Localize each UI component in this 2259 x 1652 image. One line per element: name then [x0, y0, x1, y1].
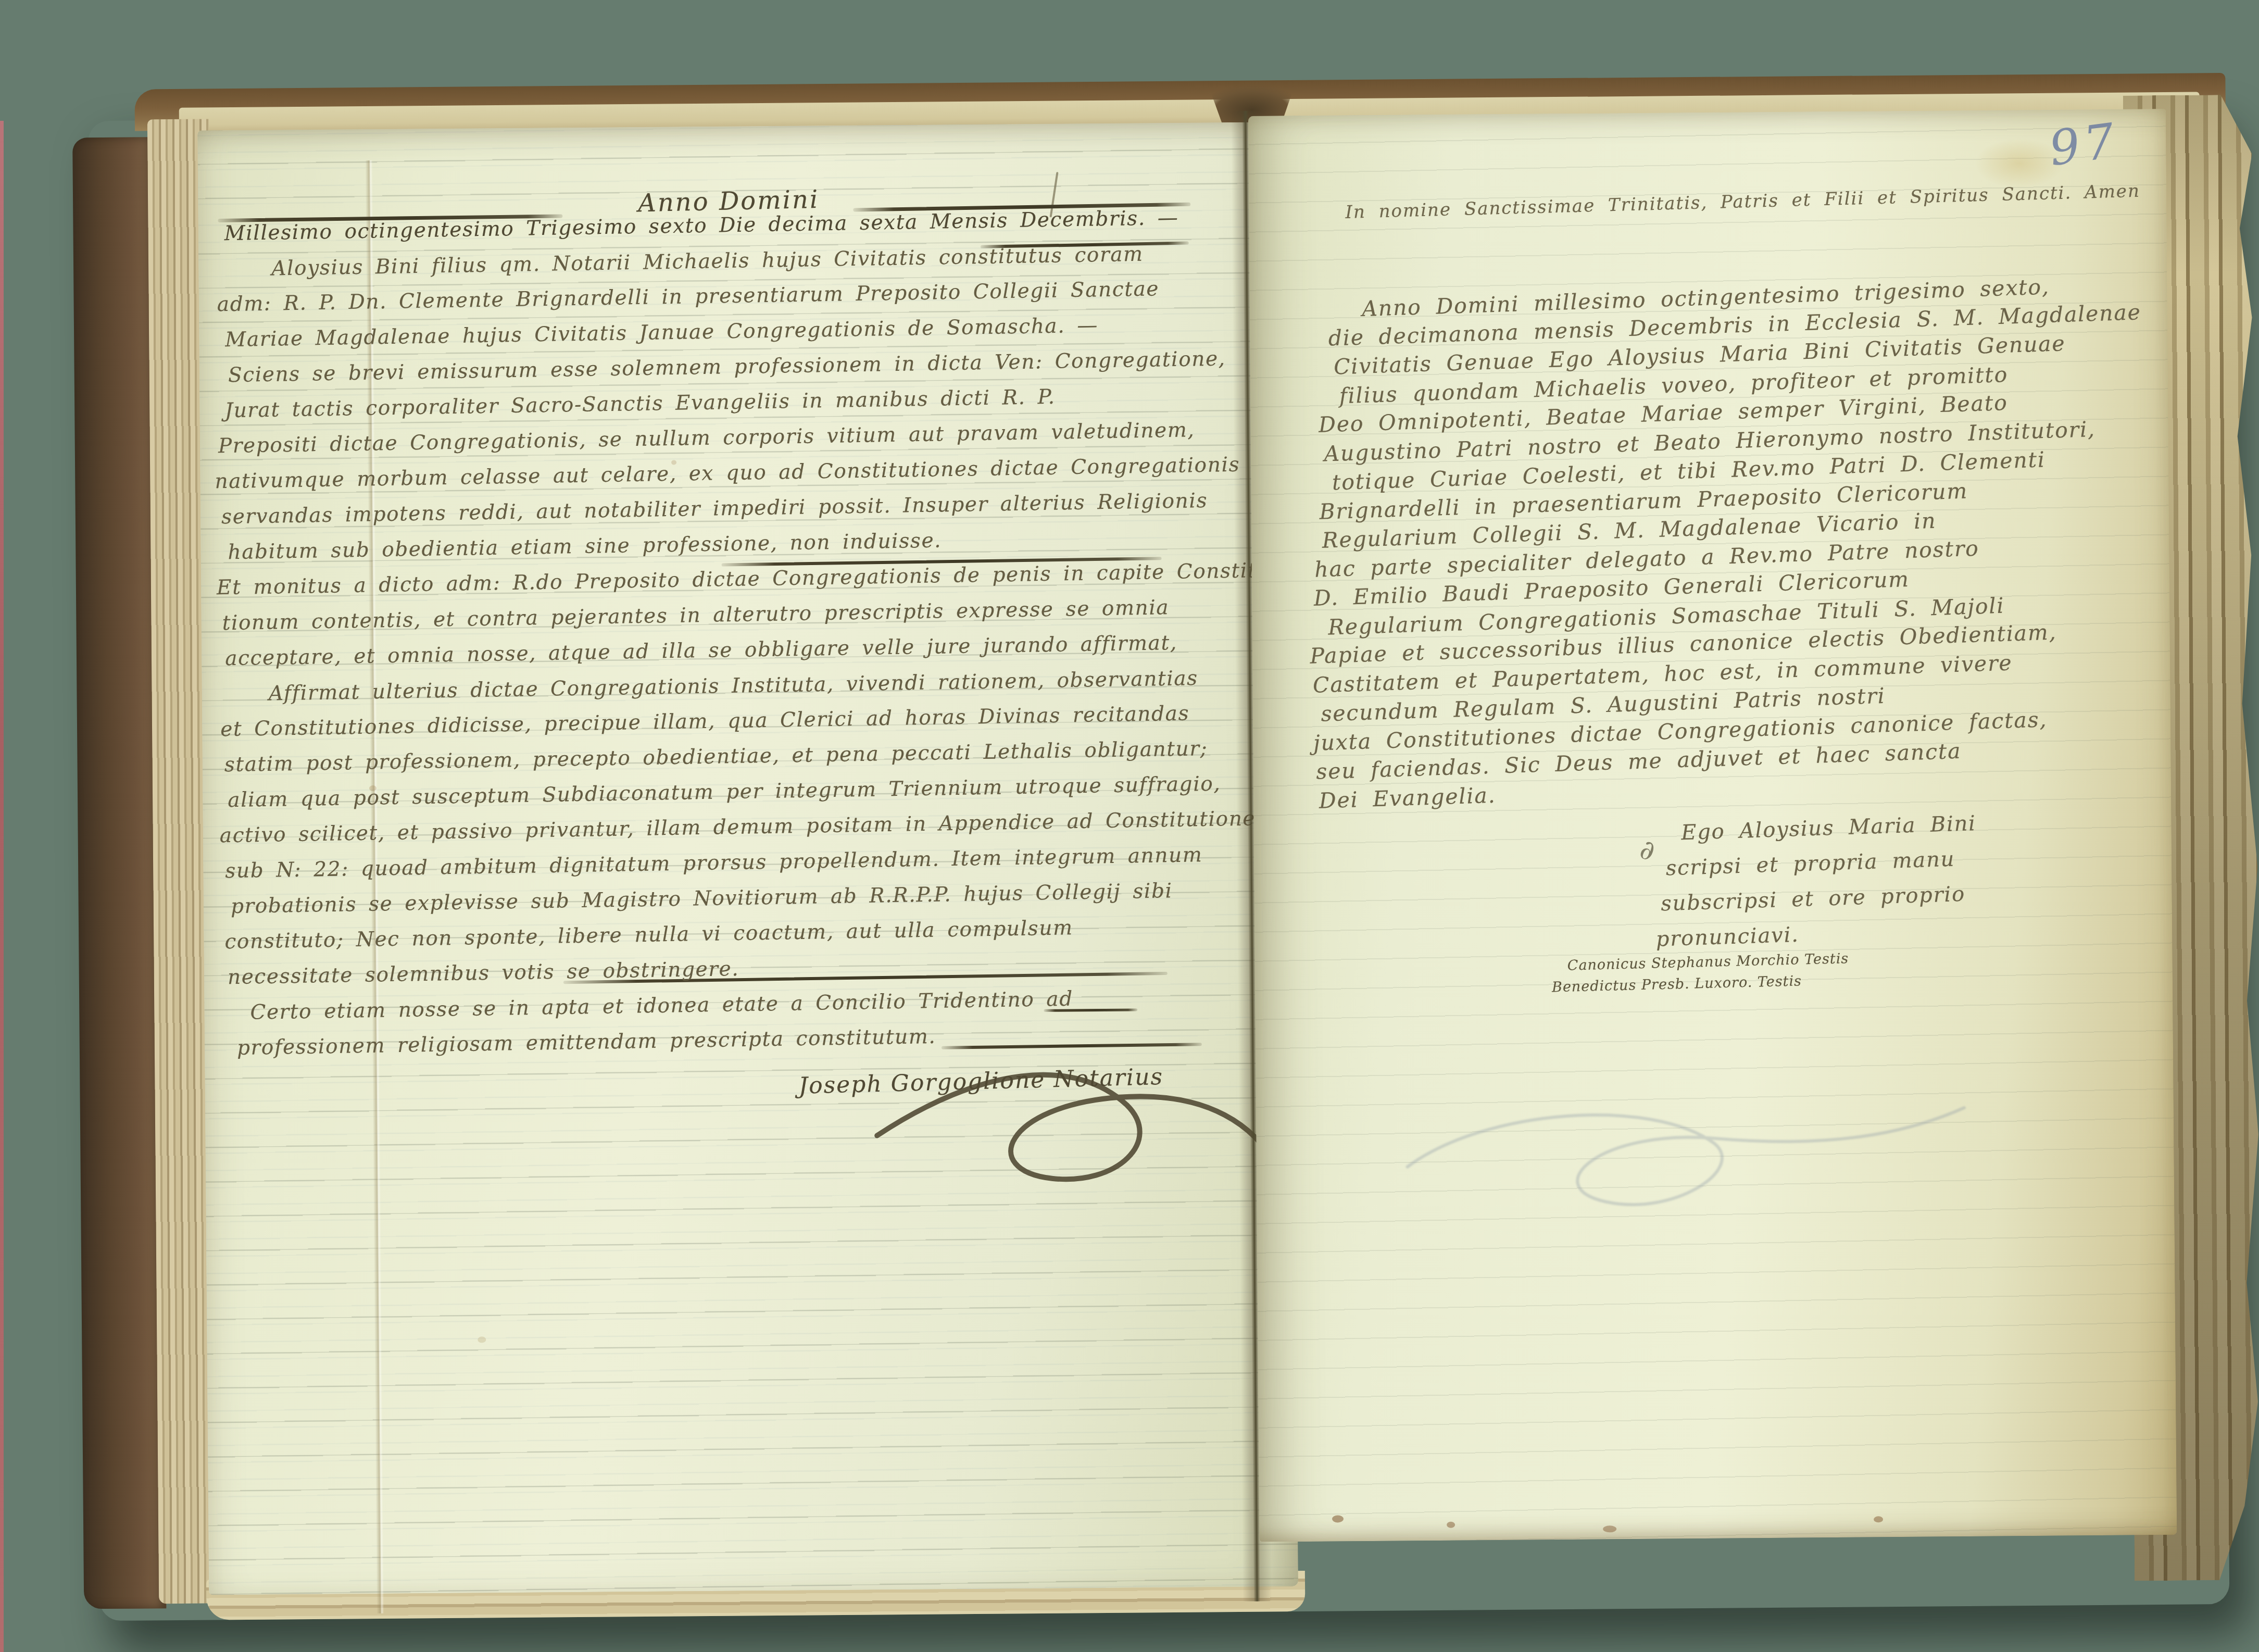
show-through-flourish	[1370, 1074, 1997, 1250]
right-page: 97 ∂ In nomine Sanctissimae Trinitatis, …	[1248, 109, 2177, 1542]
manuscript-line: et Constitutiones didicisse, precipue il…	[220, 702, 1190, 741]
professed-signature-line: pronunciavi.	[1655, 923, 1799, 952]
manuscript-line: Prepositi dictae Congregationis, se null…	[218, 418, 1195, 458]
notary-flourish	[845, 986, 1294, 1214]
manuscript-line: Aloysius Bini filius qm. Notarii Michael…	[271, 243, 1144, 281]
fox-stain	[671, 460, 676, 465]
manuscript-line: professionem religiosam emittendam presc…	[237, 1025, 936, 1060]
manuscript-line: Sciens se brevi emissurum esse solemnem …	[228, 347, 1226, 387]
manuscript-line: Mariae Magdalenae hujus Civitatis Januae…	[225, 314, 1098, 352]
witness-signature: Canonicus Stephanus Morchio Testis	[1567, 950, 1849, 974]
left-page: Anno Domini Millesimo octingentesimo Tri…	[197, 122, 1298, 1595]
manuscript-line: Jurat tactis corporaliter Sacro-Sanctis …	[224, 385, 1056, 422]
mat-red-edge	[0, 121, 4, 1652]
manuscript-book: Anno Domini Millesimo octingentesimo Tri…	[72, 73, 2259, 1634]
edge-stain	[1603, 1525, 1616, 1532]
manuscript-line: necessitate solemnibus votis se obstring…	[228, 957, 739, 989]
manuscript-line: Dei Evangelia.	[1319, 783, 1496, 814]
manuscript-line: constituto; Nec non sponte, libere nulla…	[224, 916, 1073, 954]
edge-stain	[1447, 1522, 1455, 1528]
edge-stain	[1332, 1515, 1344, 1522]
manuscript-line: habitum sub obedientia etiam sine profes…	[228, 529, 942, 564]
pen-mark: ∂	[1637, 833, 1658, 867]
photograph-of-manuscript: Anno Domini Millesimo octingentesimo Tri…	[0, 0, 2259, 1652]
witness-signature: Benedictus Presb. Luxoro. Testis	[1552, 973, 1802, 995]
manuscript-line: acceptare, et omnia nosse, atque ad illa…	[225, 631, 1177, 670]
fox-stain	[369, 785, 376, 791]
paper-stain	[1975, 138, 2064, 188]
fox-stain	[478, 1336, 486, 1343]
manuscript-line: adm: R. P. Dn. Clemente Brignardelli in …	[217, 277, 1159, 316]
professed-signature-line: Ego Aloysius Maria Bini	[1681, 811, 1977, 845]
manuscript-line: Affirmat ulterius dictae Congregationis …	[268, 667, 1198, 706]
professed-signature-line: subscripsi et ore proprio	[1661, 882, 1966, 916]
professed-signature-line: scripsi et propria manu	[1665, 847, 1955, 881]
manuscript-line: tionum contentis, et contra pejerantes i…	[222, 596, 1169, 635]
edge-stain	[1874, 1516, 1883, 1522]
